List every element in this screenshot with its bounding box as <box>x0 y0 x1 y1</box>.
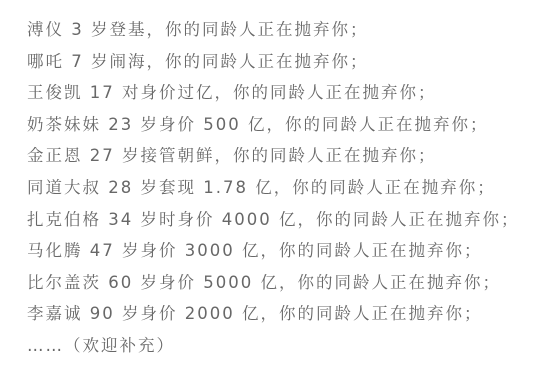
text-line-jinzhengen: 金正恩 27 岁接管朝鲜，你的同龄人正在抛弃你； <box>27 140 540 172</box>
text-line-wangjunkai: 王俊凯 17 对身价过亿，你的同龄人正在抛弃你； <box>27 77 540 109</box>
text-line-naichameimei: 奶茶妹妹 23 岁身价 500 亿，你的同龄人正在抛弃你； <box>27 109 540 141</box>
text-line-zuckerberg: 扎克伯格 34 岁时身价 4000 亿，你的同龄人正在抛弃你； <box>27 204 540 236</box>
text-line-mahuateng: 马化腾 47 岁身价 3000 亿，你的同龄人正在抛弃你； <box>27 235 540 267</box>
text-line-puyi: 溥仪 3 岁登基，你的同龄人正在抛弃你； <box>27 14 540 46</box>
text-line-lijiacheng: 李嘉诚 90 岁身价 2000 亿，你的同龄人正在抛弃你； <box>27 298 540 330</box>
text-line-nezha: 哪吒 7 岁闹海，你的同龄人正在抛弃你； <box>27 46 540 78</box>
text-line-billgates: 比尔盖茨 60 岁身价 5000 亿，你的同龄人正在抛弃你； <box>27 267 540 299</box>
meme-text-list: 溥仪 3 岁登基，你的同龄人正在抛弃你； 哪吒 7 岁闹海，你的同龄人正在抛弃你… <box>27 14 540 362</box>
text-line-welcome-addition: ……（欢迎补充） <box>27 330 540 362</box>
text-line-tongdaodashu: 同道大叔 28 岁套现 1.78 亿，你的同龄人正在抛弃你； <box>27 172 540 204</box>
